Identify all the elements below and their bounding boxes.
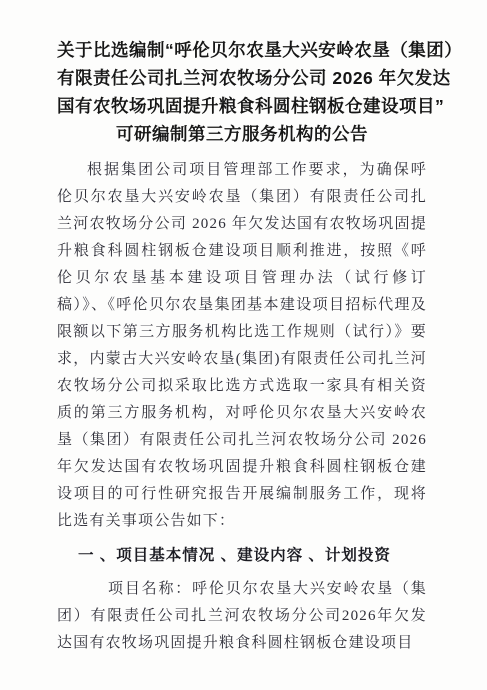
document-page: 关于比选编制“呼伦贝尔农垦大兴安岭农垦（集团） 有限责任公司扎兰河农牧场分公司 … bbox=[0, 0, 487, 690]
document-title: 关于比选编制“呼伦贝尔农垦大兴安岭农垦（集团） 有限责任公司扎兰河农牧场分公司 … bbox=[57, 36, 427, 148]
section-heading-project-overview: 一 、项目基本情况 、建设内容 、计划投资 bbox=[57, 543, 427, 569]
paragraph-project-name: 项目名称：呼伦贝尔农垦大兴安岭农垦（集团）有限责任公司扎兰河农牧场分公司2026… bbox=[57, 576, 427, 657]
title-line-3: 国有农牧场巩固提升粮食科圆柱钢板仓建设项目” bbox=[57, 92, 427, 120]
title-line-2: 有限责任公司扎兰河农牧场分公司 2026 年欠发达 bbox=[57, 64, 427, 92]
title-line-4: 可研编制第三方服务机构的公告 bbox=[57, 120, 427, 148]
paragraph-intro: 根据集团公司项目管理部工作要求，为确保呼伦贝尔农垦大兴安岭农垦（集团）有限责任公… bbox=[57, 157, 427, 535]
title-line-1: 关于比选编制“呼伦贝尔农垦大兴安岭农垦（集团） bbox=[57, 36, 427, 64]
